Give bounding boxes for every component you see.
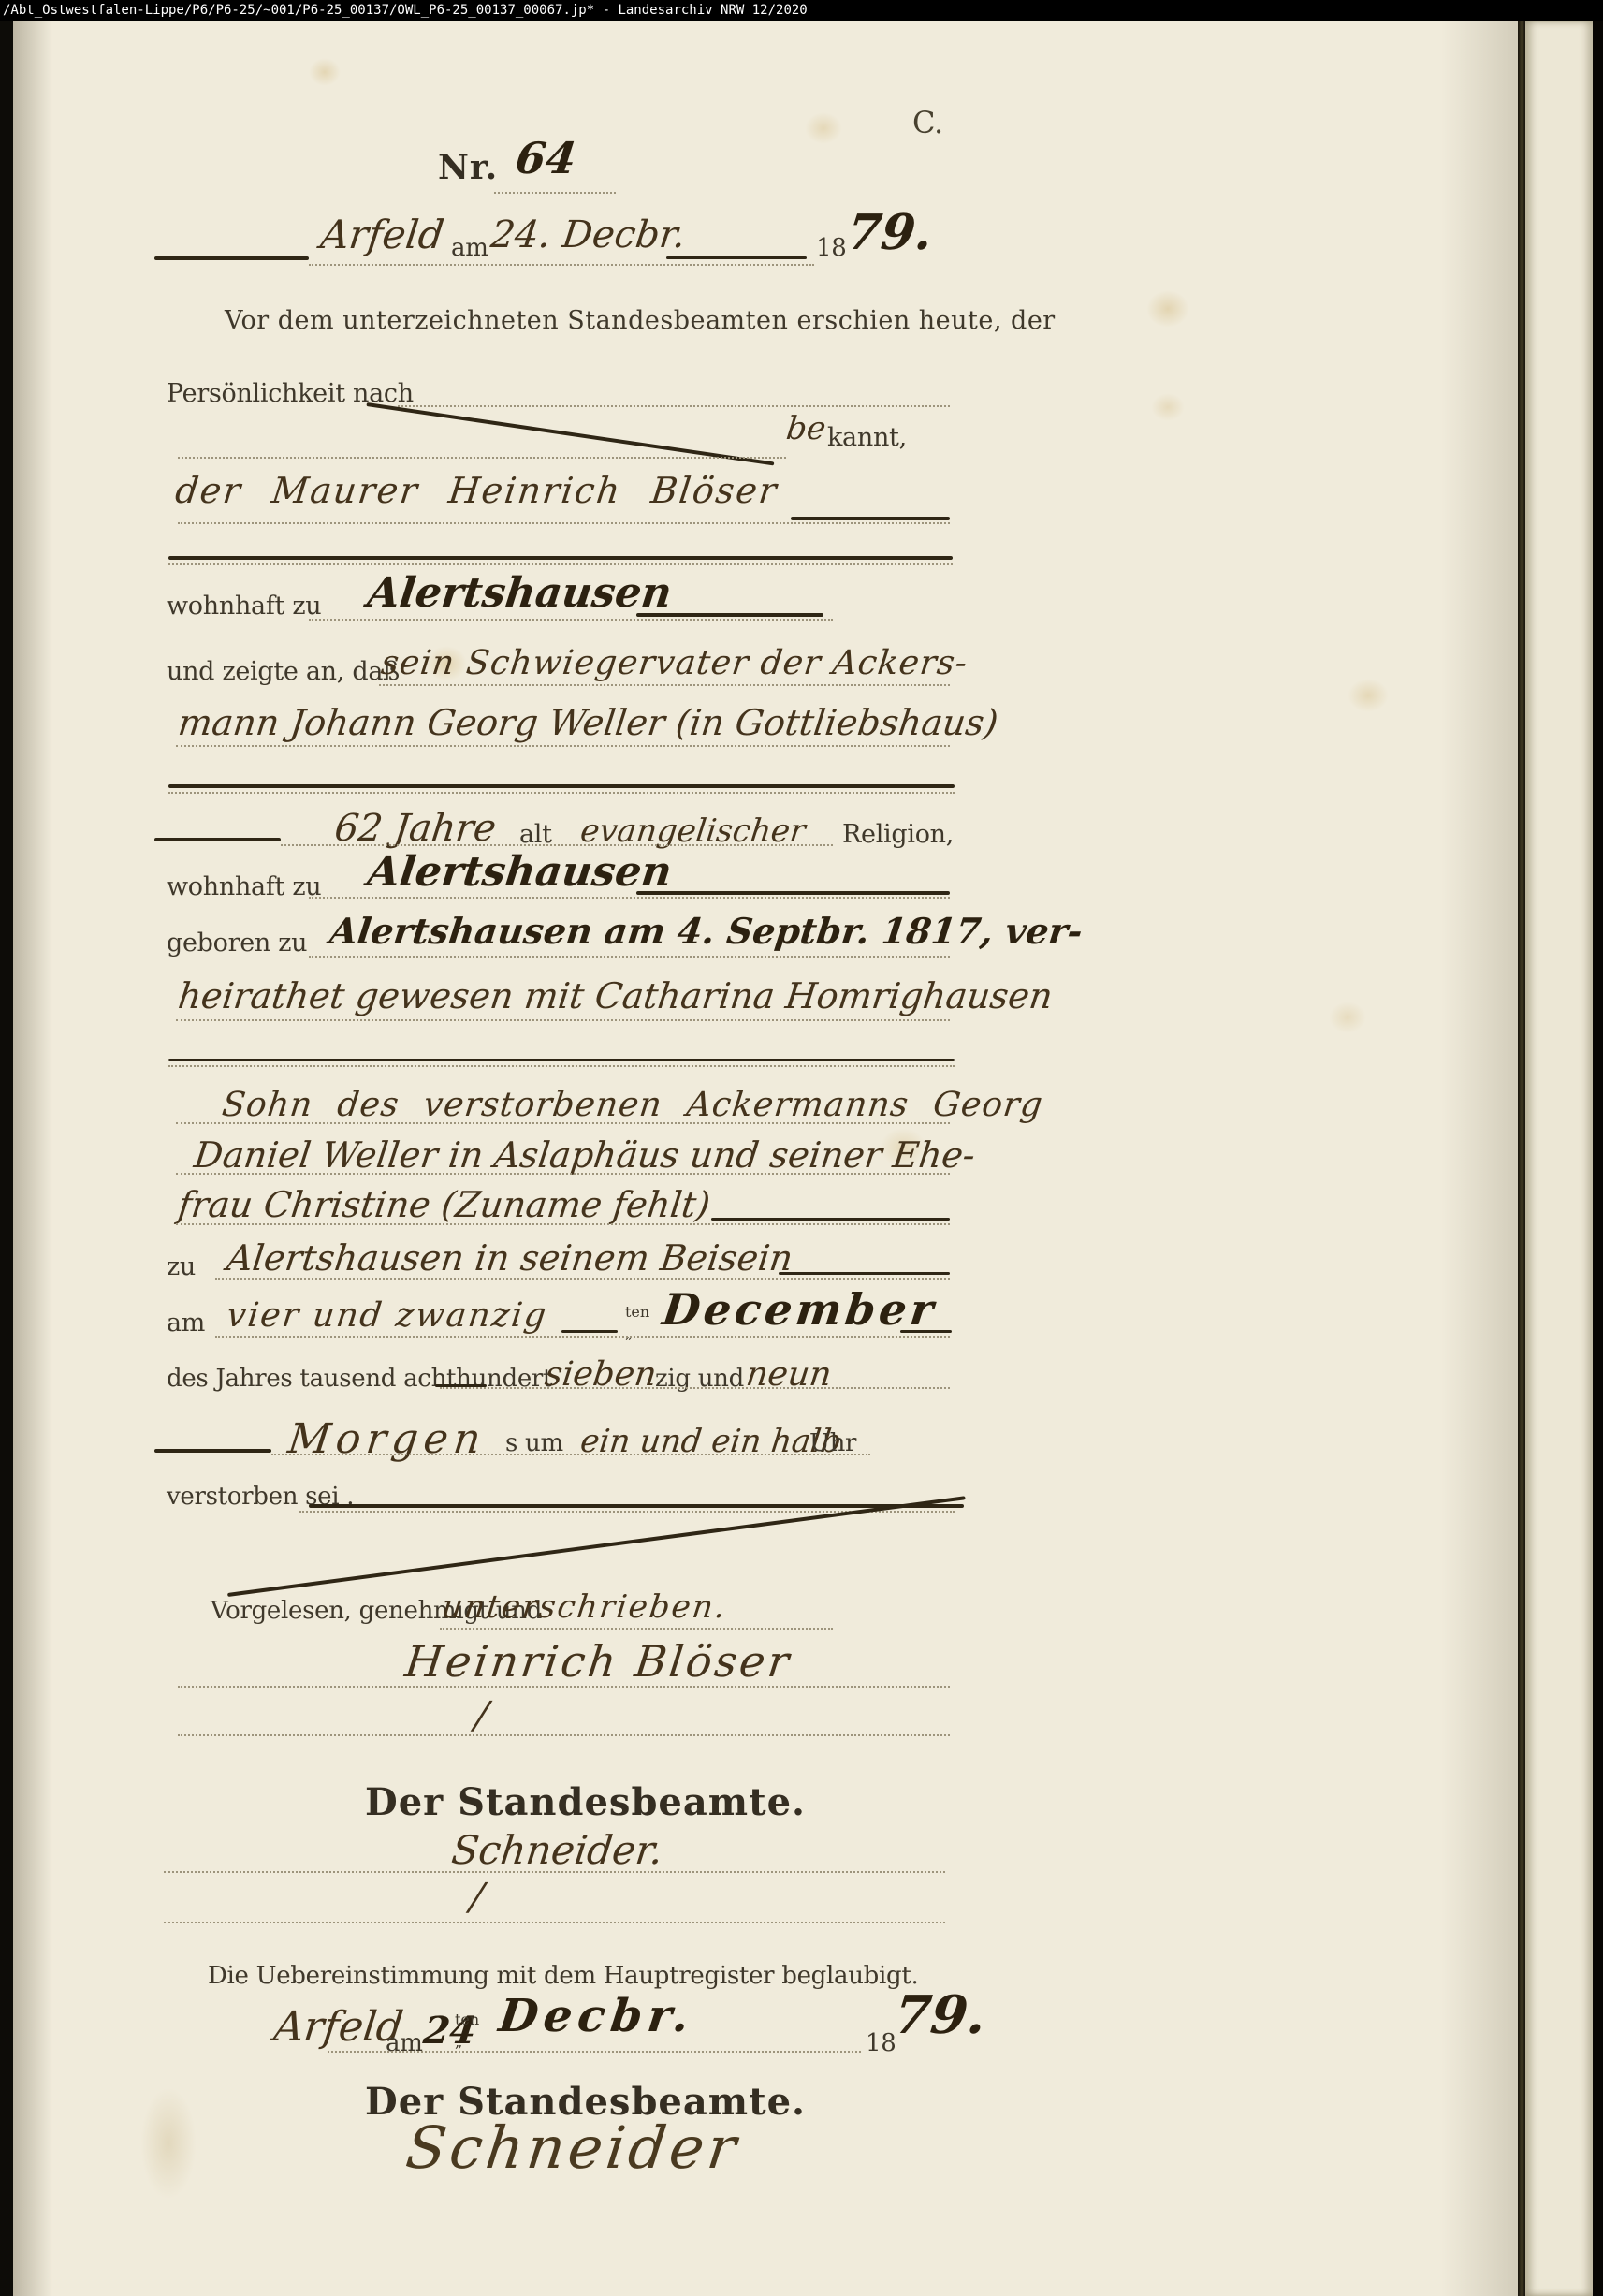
dotted-line xyxy=(168,1065,955,1067)
report-hand-line2: mann Johann Georg Weller (in Gottliebsha… xyxy=(176,702,1000,743)
death-place-hand: Alertshausen in seinem Beisein xyxy=(225,1237,795,1279)
cert-date-ten-label: ten xyxy=(455,2011,479,2028)
archive-viewer-window: /Abt_Ostwestfalen-Lippe/P6/P6-25/~001/P6… xyxy=(0,0,1603,2296)
registrar-title1: Der Standesbeamte. xyxy=(365,1780,806,1824)
death-day-am-label: am xyxy=(167,1309,205,1338)
ink-stroke xyxy=(636,891,950,895)
registrar-signature2: Schneider xyxy=(402,2113,744,2182)
dotted-line xyxy=(328,2051,861,2053)
dotted-line xyxy=(176,1173,950,1175)
dotted-line xyxy=(215,1278,950,1280)
dotted-line xyxy=(176,1019,950,1021)
parents-line2: Daniel Weller in Aslaphäus und seiner Eh… xyxy=(192,1134,978,1176)
birth-hand-line2: heirathet gewesen mit Catharina Homrigha… xyxy=(176,975,1055,1016)
rule-line xyxy=(168,556,953,560)
dotted-line xyxy=(494,192,616,194)
ink-stroke xyxy=(561,1330,618,1333)
dotted-line xyxy=(176,1223,950,1225)
next-page-edge xyxy=(1525,21,1593,2296)
ink-stroke xyxy=(666,256,807,259)
dotted-line xyxy=(176,1122,950,1124)
signature-declarant: Heinrich Blöser xyxy=(402,1636,794,1687)
dotted-line xyxy=(168,792,955,794)
intro-line: Vor dem unterzeichneten Standesbeamten e… xyxy=(225,306,1056,335)
page-gutter xyxy=(1518,21,1525,2296)
residence1-label: wohnhaft zu xyxy=(167,592,321,621)
dotted-line xyxy=(281,844,833,846)
dotted-line xyxy=(178,1686,950,1688)
ink-stroke xyxy=(154,1449,271,1453)
dotted-line xyxy=(440,1628,833,1630)
head-date-year-hand: 79. xyxy=(844,204,936,261)
residence1-value: Alertshausen xyxy=(365,569,675,617)
ink-stroke xyxy=(636,613,823,617)
religion-label: Religion, xyxy=(842,820,954,849)
certification-line: Die Uebereinstimmung mit dem Hauptregist… xyxy=(208,1962,918,1990)
report-label: und zeigte an, daß xyxy=(167,657,400,686)
dotted-line xyxy=(168,563,953,565)
titlebar: /Abt_Ostwestfalen-Lippe/P6/P6-25/~001/P6… xyxy=(0,0,1603,21)
dotted-line xyxy=(178,457,786,459)
declarant-line: der Maurer Heinrich Blöser xyxy=(173,470,780,511)
death-place-label: zu xyxy=(167,1252,196,1281)
ink-stroke xyxy=(791,517,950,520)
ink-stroke xyxy=(711,1218,950,1221)
ink-stroke xyxy=(154,838,281,841)
ditto-mark: „ xyxy=(625,1324,633,1342)
registrar-signature1: Schneider. xyxy=(449,1827,665,1873)
dotted-line xyxy=(178,522,950,524)
book-cover-right xyxy=(1593,21,1603,2296)
dotted-line xyxy=(309,956,950,958)
bekannt-printed: kannt, xyxy=(827,423,907,452)
record-number-value: 64 xyxy=(513,133,579,183)
residence2-label: wohnhaft zu xyxy=(167,872,321,901)
dotted-line xyxy=(440,1387,950,1389)
page-right-shade xyxy=(1441,21,1518,2296)
dotted-line xyxy=(164,1871,945,1873)
ink-stroke xyxy=(154,256,309,260)
head-date-year-printed: 18 xyxy=(816,234,846,262)
dotted-line xyxy=(398,405,950,407)
head-date-am-label: am xyxy=(451,234,488,262)
dotted-line xyxy=(271,1454,870,1455)
report-hand-line1: sein Schwiegervater der Ackers- xyxy=(379,644,970,682)
bekannt-hand: be xyxy=(784,410,828,447)
birth-hand-line1: Alertshausen am 4. Septbr. 1817, ver- xyxy=(328,910,1085,952)
head-date-place: Arfeld xyxy=(318,212,446,257)
residence2-value: Alertshausen xyxy=(365,848,675,896)
dotted-line xyxy=(309,897,950,899)
parents-line1: Sohn des verstorbenen Ackermanns Georg xyxy=(220,1086,1045,1124)
head-date-daymonth: 24. Decbr. xyxy=(488,213,688,256)
death-day-hand: vier und zwanzig xyxy=(225,1296,550,1335)
closing-hand: unterschrieben. xyxy=(440,1588,729,1626)
dotted-line xyxy=(176,745,950,747)
cert-date-year-hand: 79. xyxy=(891,1984,990,2046)
page-left-shadow xyxy=(13,21,52,2296)
dotted-line xyxy=(309,264,814,266)
rule-line xyxy=(168,1059,955,1061)
cert-date-am-label: am xyxy=(386,2029,423,2057)
death-time-morgen-hand: Morgen xyxy=(285,1415,488,1463)
dotted-line xyxy=(379,684,950,686)
dotted-line xyxy=(215,1336,950,1338)
death-day-ten-label: ten xyxy=(625,1303,649,1321)
cert-date-month-hand: Decbr. xyxy=(496,1990,697,2042)
record-number-label: Nr. xyxy=(438,148,498,187)
ink-stroke xyxy=(309,1504,964,1508)
titlebar-path-text: /Abt_Ostwestfalen-Lippe/P6/P6-25/~001/P6… xyxy=(3,3,808,18)
dotted-line xyxy=(178,1734,950,1736)
death-month-hand: December xyxy=(660,1284,940,1335)
ink-stroke xyxy=(900,1330,952,1333)
corner-letter: C. xyxy=(912,105,943,140)
birth-label: geboren zu xyxy=(167,929,307,958)
book-cover-left xyxy=(0,21,13,2296)
parents-line3: frau Christine (Zuname fehlt) xyxy=(176,1184,712,1225)
ditto-mark: „ xyxy=(455,2033,462,2051)
dotted-line xyxy=(164,1922,945,1923)
ink-stroke xyxy=(779,1272,950,1275)
rule-line xyxy=(168,784,955,788)
dotted-line xyxy=(309,619,833,621)
